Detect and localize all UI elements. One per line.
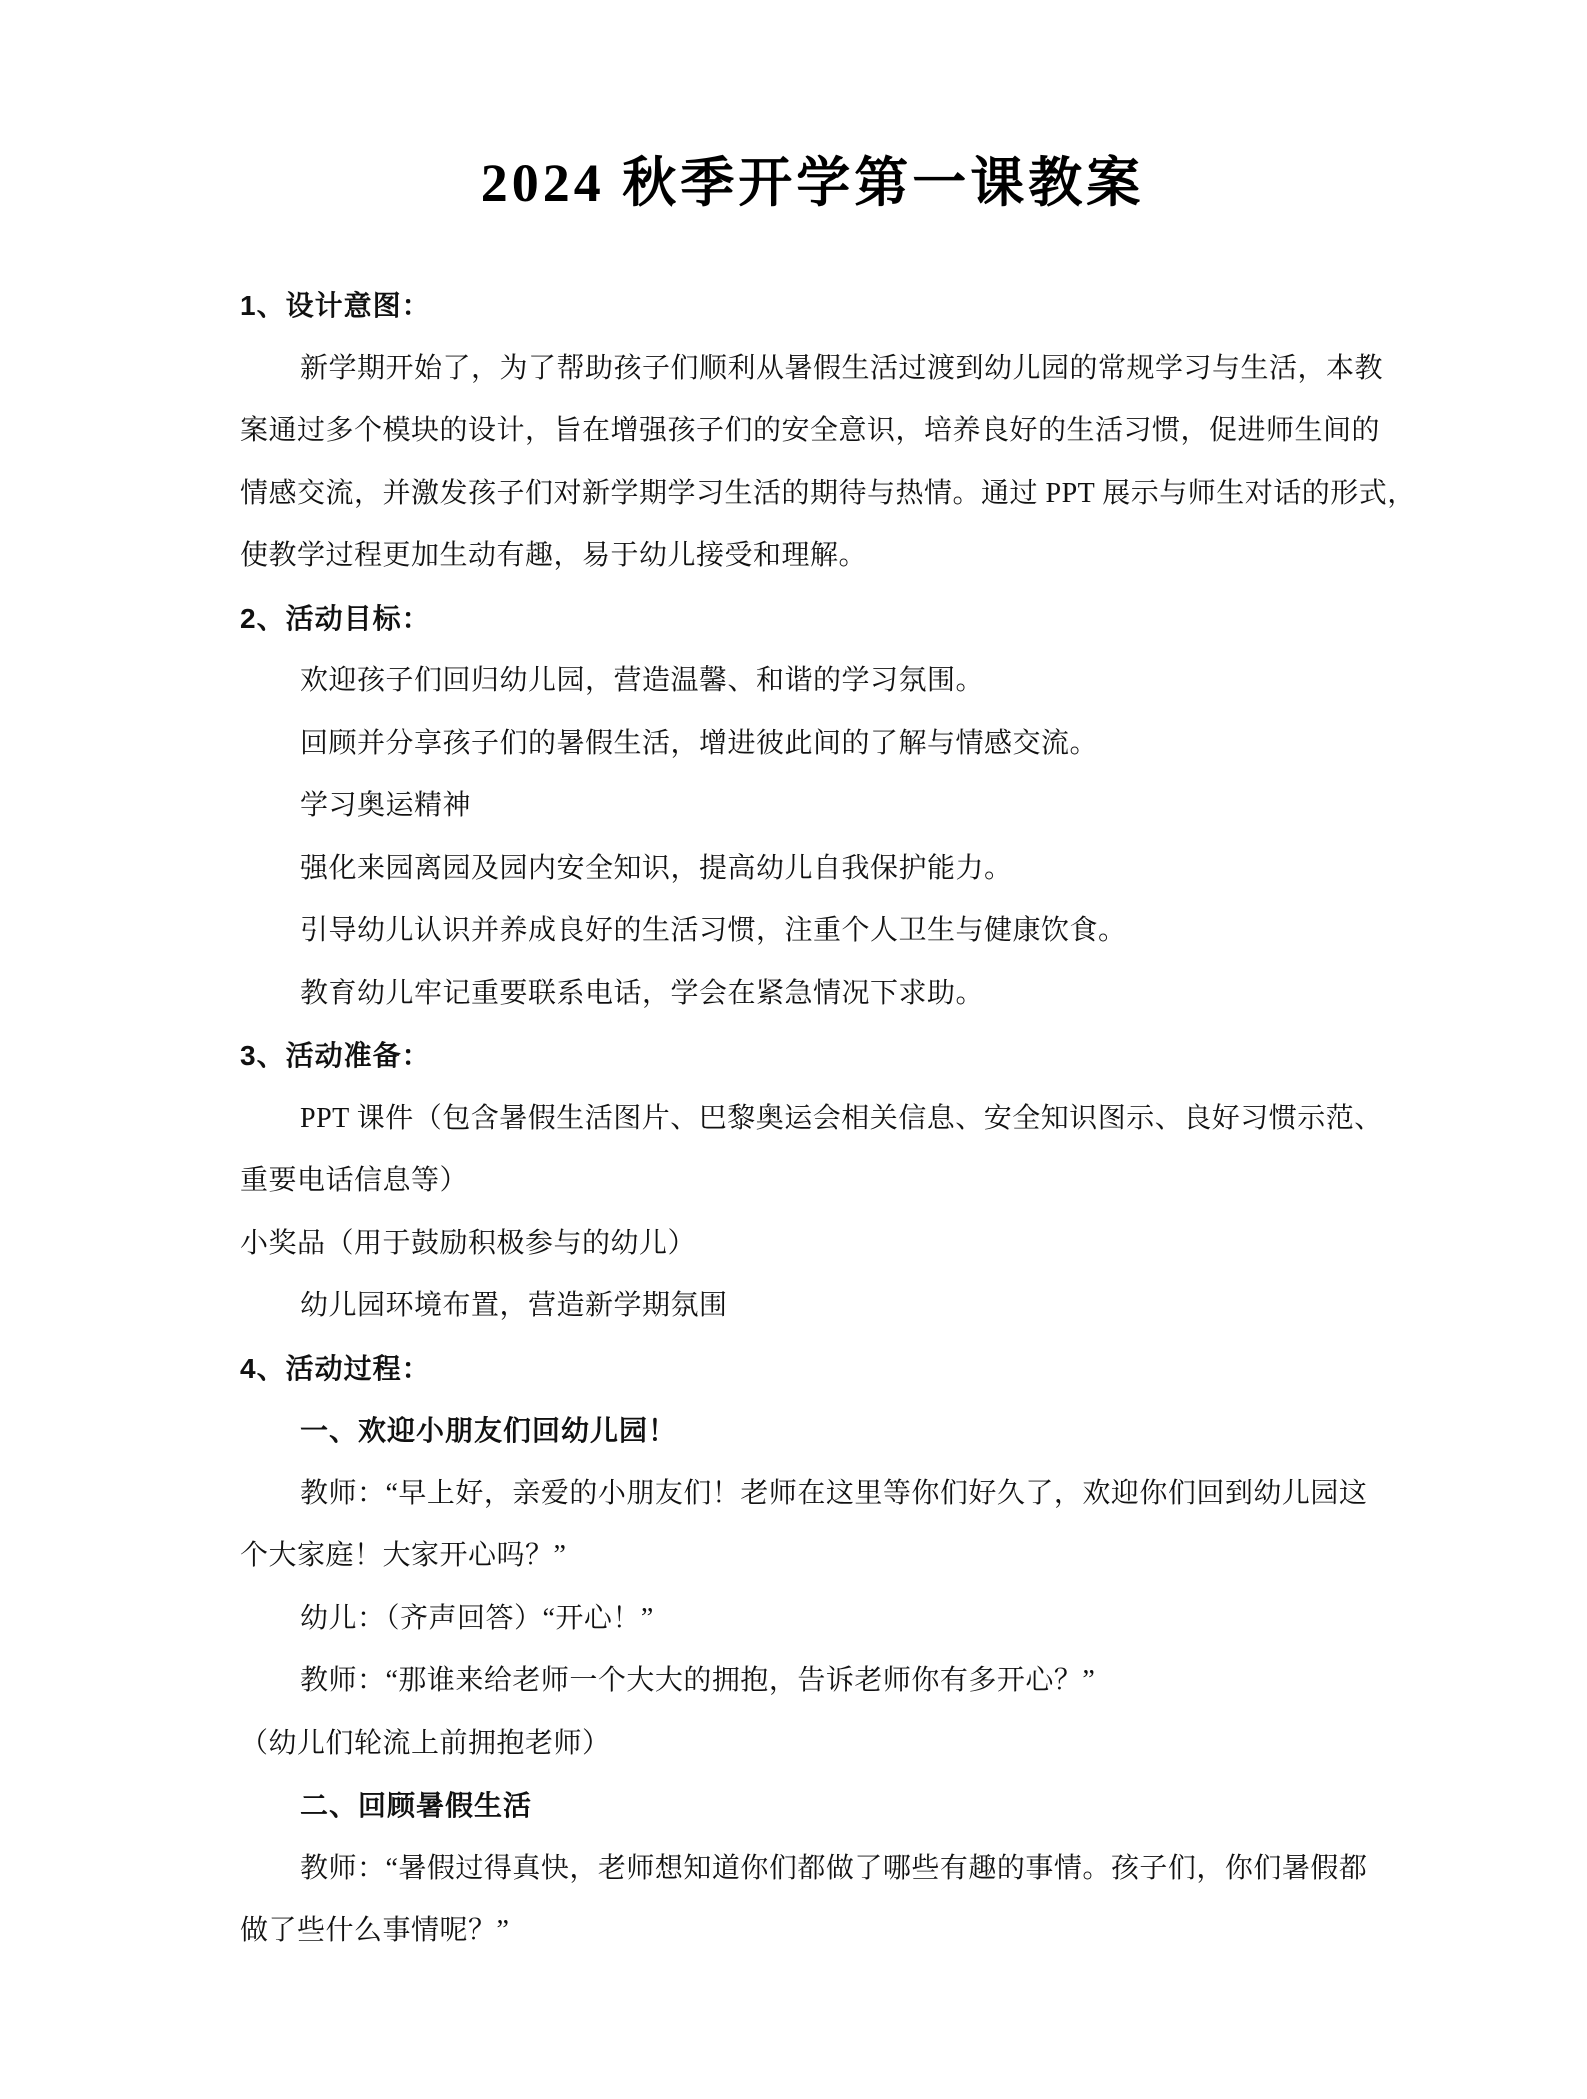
text-line: 情感交流，并激发孩子们对新学期学习生活的期待与热情。通过 PPT 展示与师生对话… xyxy=(240,463,1385,526)
text-line: 4、活动过程： xyxy=(240,1338,1385,1401)
text-line: 一、欢迎小朋友们回幼儿园！ xyxy=(240,1400,1385,1463)
text-line: 3、活动准备： xyxy=(240,1025,1385,1088)
text-line: 使教学过程更加生动有趣，易于幼儿接受和理解。 xyxy=(240,525,1385,588)
text-line: 教师：“暑假过得真快，老师想知道你们都做了哪些有趣的事情。孩子们，你们暑假都 xyxy=(240,1838,1385,1901)
text-line: 1、设计意图： xyxy=(240,275,1385,338)
text-line: 强化来园离园及园内安全知识，提高幼儿自我保护能力。 xyxy=(240,838,1385,901)
text-line: 重要电话信息等） xyxy=(240,1150,1385,1213)
text-line: 学习奥运精神 xyxy=(240,775,1385,838)
text-line: 二、回顾暑假生活 xyxy=(240,1775,1385,1838)
text-line: 做了些什么事情呢？” xyxy=(240,1900,1385,1963)
document-page: 2024 秋季开学第一课教案 1、设计意图：新学期开始了，为了帮助孩子们顺利从暑… xyxy=(0,0,1587,2099)
text-line: 新学期开始了，为了帮助孩子们顺利从暑假生活过渡到幼儿园的常规学习与生活，本教 xyxy=(240,338,1385,401)
text-line: PPT 课件（包含暑假生活图片、巴黎奥运会相关信息、安全知识图示、良好习惯示范、 xyxy=(240,1088,1385,1151)
text-line: 教师：“早上好，亲爱的小朋友们！老师在这里等你们好久了，欢迎你们回到幼儿园这 xyxy=(240,1463,1385,1526)
text-line: 2、活动目标： xyxy=(240,588,1385,651)
text-line: 教师：“那谁来给老师一个大大的拥抱，告诉老师你有多开心？” xyxy=(240,1650,1385,1713)
text-line: 小奖品（用于鼓励积极参与的幼儿） xyxy=(240,1213,1385,1276)
document-body: 1、设计意图：新学期开始了，为了帮助孩子们顺利从暑假生活过渡到幼儿园的常规学习与… xyxy=(240,275,1385,1963)
text-line: 幼儿：（齐声回答）“开心！” xyxy=(240,1588,1385,1651)
text-line: 欢迎孩子们回归幼儿园，营造温馨、和谐的学习氛围。 xyxy=(240,650,1385,713)
text-line: （幼儿们轮流上前拥抱老师） xyxy=(240,1713,1385,1776)
text-line: 引导幼儿认识并养成良好的生活习惯，注重个人卫生与健康饮食。 xyxy=(240,900,1385,963)
text-line: 回顾并分享孩子们的暑假生活，增进彼此间的了解与情感交流。 xyxy=(240,713,1385,776)
text-line: 教育幼儿牢记重要联系电话，学会在紧急情况下求助。 xyxy=(240,963,1385,1026)
document-title: 2024 秋季开学第一课教案 xyxy=(240,148,1385,218)
text-line: 幼儿园环境布置，营造新学期氛围 xyxy=(240,1275,1385,1338)
text-line: 个大家庭！大家开心吗？” xyxy=(240,1525,1385,1588)
text-line: 案通过多个模块的设计，旨在增强孩子们的安全意识，培养良好的生活习惯，促进师生间的 xyxy=(240,400,1385,463)
